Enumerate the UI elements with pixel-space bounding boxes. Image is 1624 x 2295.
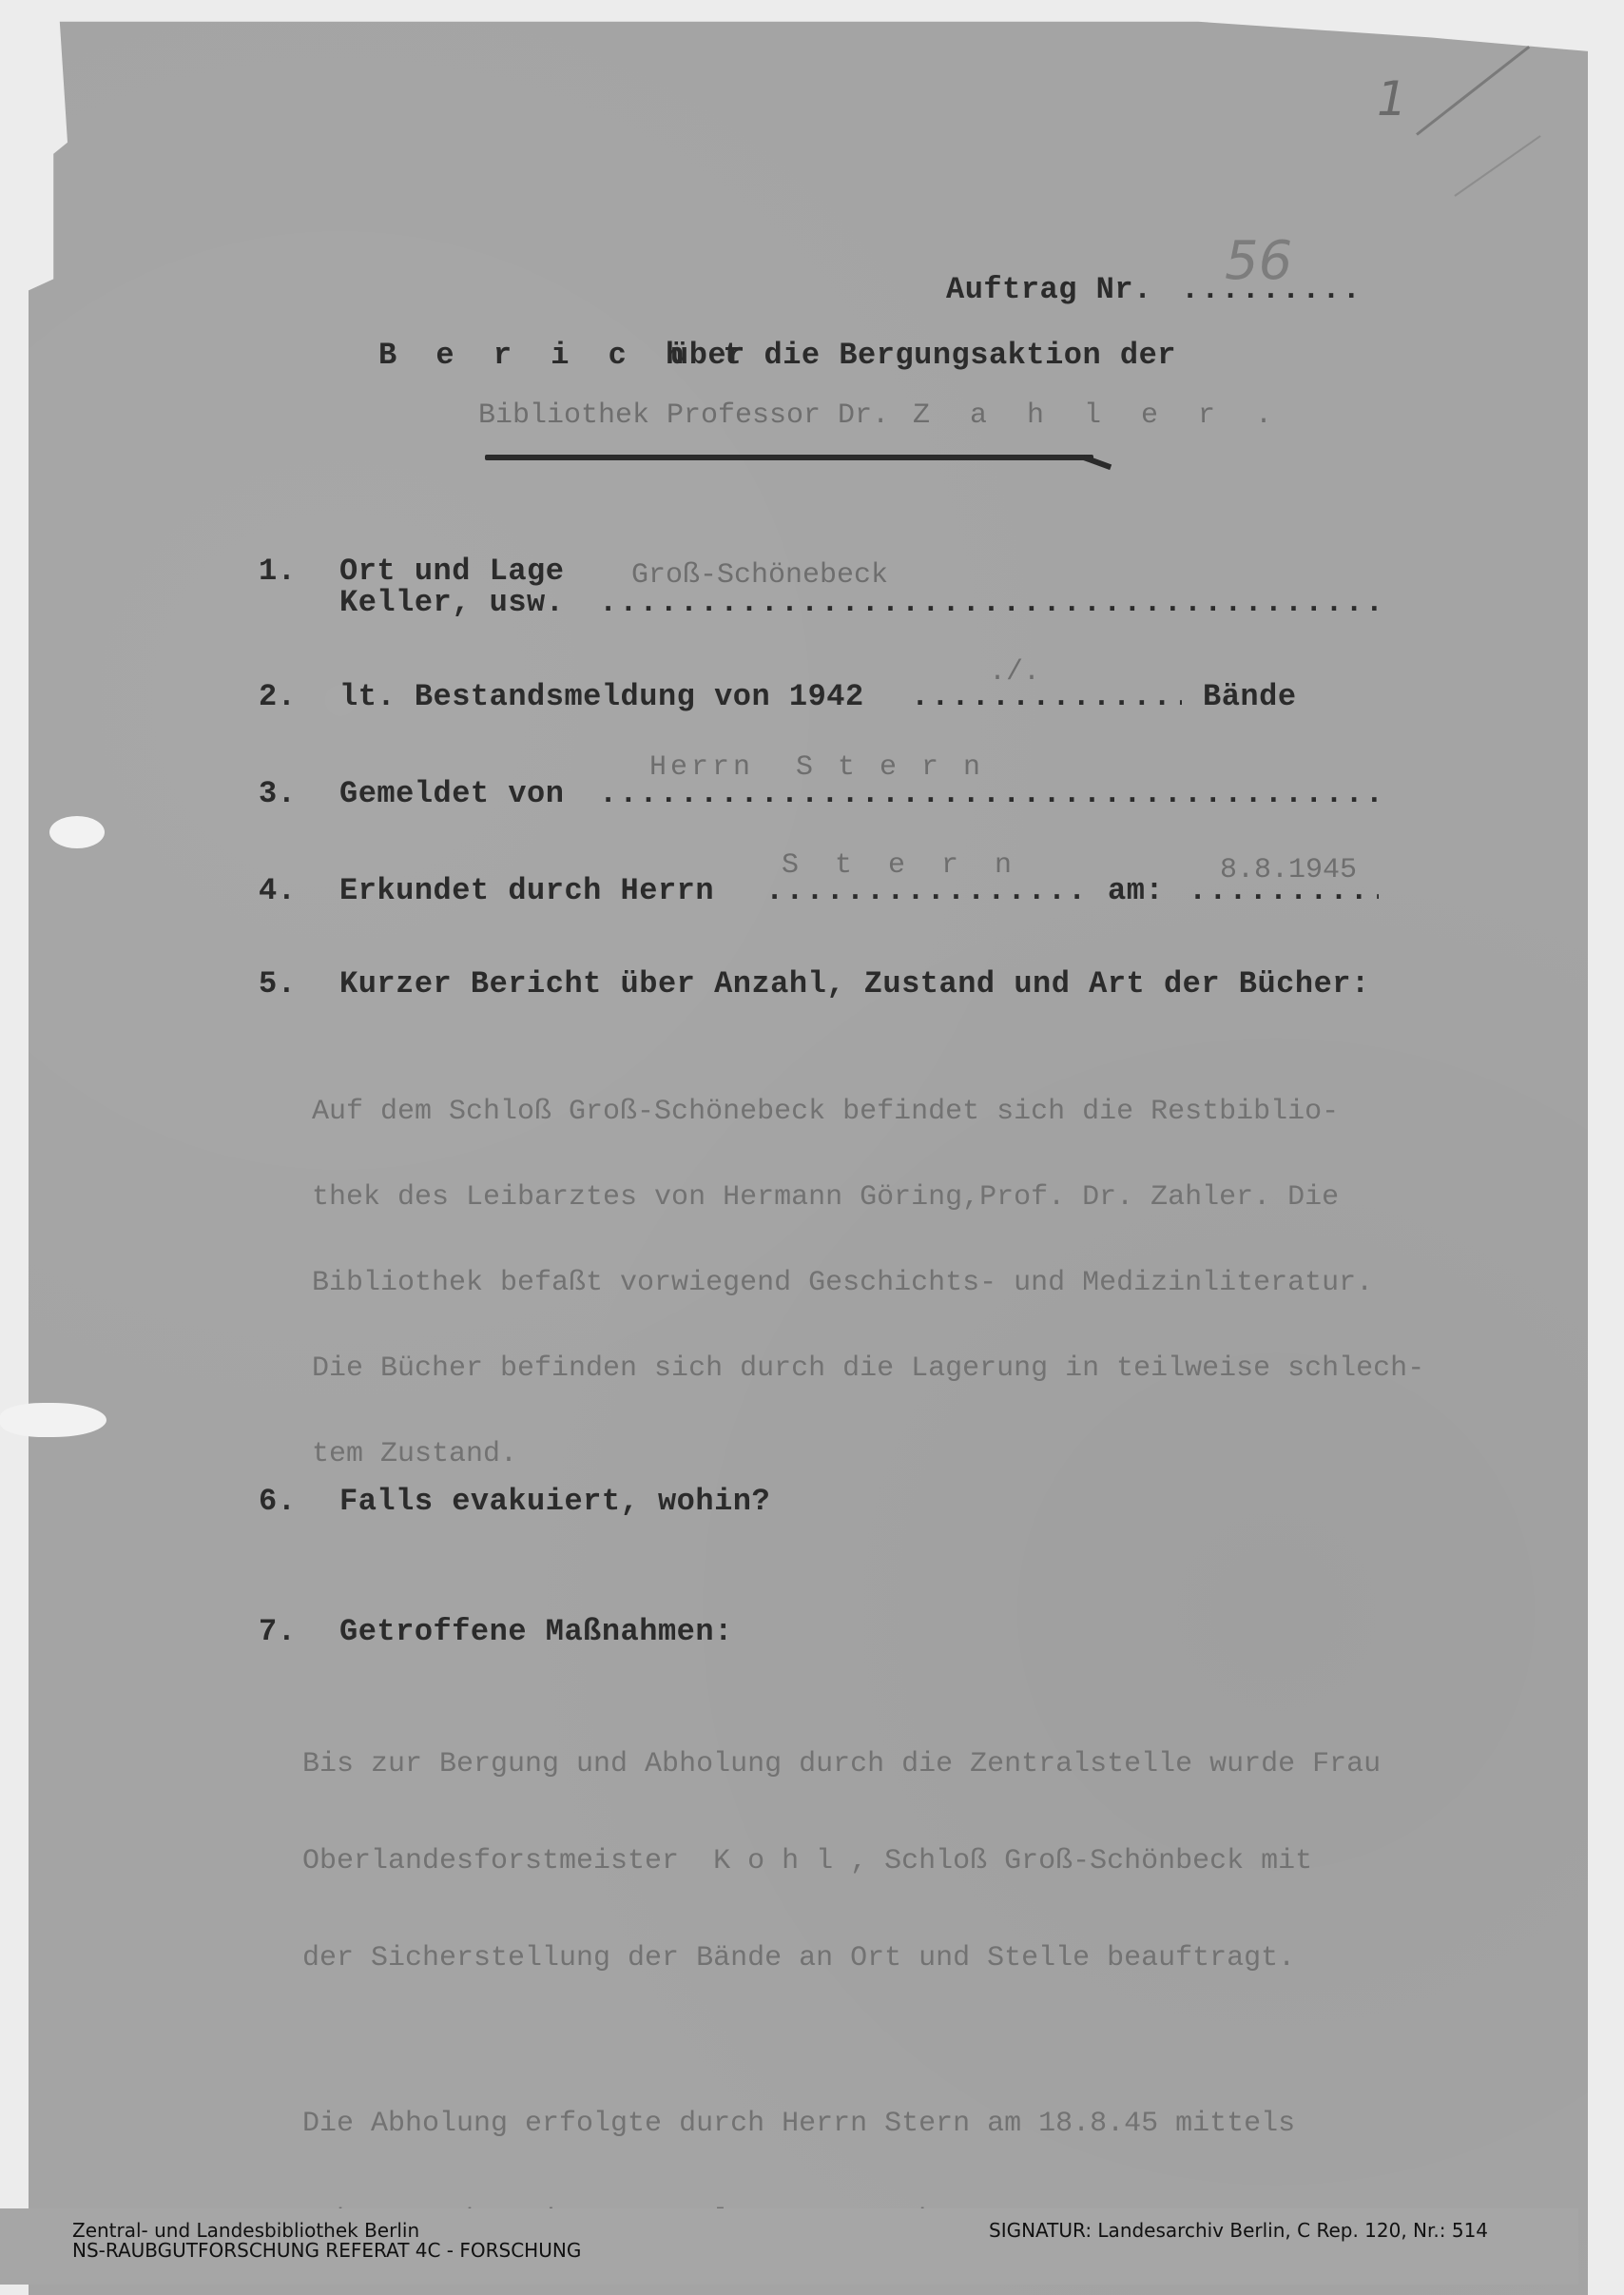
- item-1-label-line1: Ort und Lage: [339, 554, 564, 589]
- item-4-date-dots: ..........: [1189, 873, 1379, 908]
- punch-hole: [0, 1403, 106, 1437]
- item-1-label-line2: Keller, usw.: [339, 585, 564, 620]
- item-7-body-line: Bis zur Bergung und Abholung durch die Z…: [302, 1748, 1381, 1780]
- footer-signature: SIGNATUR: Landesarchiv Berlin, C Rep. 12…: [989, 2220, 1488, 2241]
- footer-department: NS-RAUBGUTFORSCHUNG REFERAT 4C - FORSCHU…: [72, 2240, 581, 2261]
- item-4-number: 4.: [259, 873, 296, 908]
- order-number-label: Auftrag Nr.: [946, 272, 1152, 307]
- punch-hole: [49, 816, 105, 848]
- item-7-label: Getroffene Maßnahmen:: [339, 1614, 733, 1649]
- title-rest: über die Bergungsaktion der: [670, 338, 1176, 373]
- item-5-body-line: tem Zustand.: [312, 1440, 1424, 1468]
- item-7-paragraph-gap: [302, 2039, 1381, 2043]
- item-5-body-line: Bibliothek befaßt vorwiegend Geschichts-…: [312, 1269, 1424, 1297]
- item-2-suffix: Bände: [1203, 679, 1297, 714]
- item-5-body-line: Die Bücher befinden sich durch die Lager…: [312, 1354, 1424, 1383]
- item-1-dots: ........................................…: [599, 585, 1379, 620]
- title-underline: [485, 455, 1093, 460]
- item-5-label: Kurzer Bericht über Anzahl, Zustand und …: [339, 966, 1370, 1002]
- item-3-label: Gemeldet von: [339, 776, 564, 811]
- item-7-body-line: Oberlandesforstmeister K o h l , Schloß …: [302, 1845, 1381, 1877]
- item-2-label: lt. Bestandsmeldung von 1942: [339, 679, 864, 714]
- item-2-dots: ..............: [911, 679, 1182, 714]
- handwritten-page-mark: 1: [1377, 71, 1407, 126]
- item-3-number: 3.: [259, 776, 296, 811]
- item-7-body-line: Die Abholung erfolgte durch Herrn Stern …: [302, 2108, 1381, 2140]
- item-7-body: Bis zur Bergung und Abholung durch die Z…: [302, 1683, 1381, 2269]
- title-library-name: Bibliothek Professor Dr.: [478, 399, 889, 432]
- item-4-label: Erkundet durch Herrn: [339, 873, 714, 908]
- item-7-body-line: der Sicherstellung der Bände an Ort und …: [302, 1942, 1381, 1974]
- item-6-label: Falls evakuiert, wohin?: [339, 1484, 770, 1519]
- item-4-date-label: am:: [1108, 873, 1164, 908]
- title-library-owner: Z a h l e r .: [913, 399, 1284, 432]
- item-2-number: 2.: [259, 679, 296, 714]
- item-7-number: 7.: [259, 1614, 296, 1649]
- item-5-body-line: Auf dem Schloß Groß-Schönebeck befindet …: [312, 1098, 1424, 1126]
- item-4-dots: ................: [765, 873, 1079, 908]
- item-5-number: 5.: [259, 966, 296, 1002]
- item-5-body: Auf dem Schloß Groß-Schönebeck befindet …: [312, 1041, 1424, 1497]
- item-5-body-line: thek des Leibarztes von Hermann Göring,P…: [312, 1183, 1424, 1212]
- item-6-number: 6.: [259, 1484, 296, 1519]
- item-3-dots: ........................................…: [599, 776, 1379, 811]
- footer-institution: Zentral- und Landesbibliothek Berlin: [72, 2220, 419, 2241]
- order-number-dots: .........: [1181, 272, 1363, 307]
- item-1-number: 1.: [259, 554, 296, 589]
